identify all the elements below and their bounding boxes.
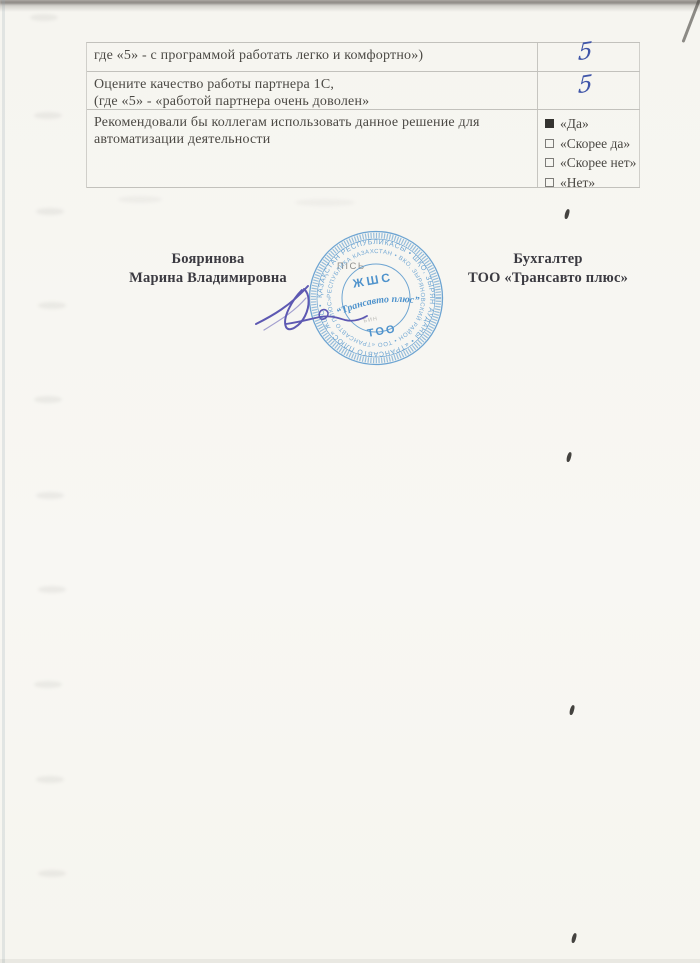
checkbox-options: «Да» «Скорее да» «Скорее нет» «Нет» <box>538 110 639 192</box>
checkbox-icon <box>545 178 554 187</box>
answer-cell: 5 <box>538 43 640 71</box>
checkbox-icon <box>545 119 554 128</box>
scan-speck <box>566 452 572 463</box>
handwritten-score: 5 <box>577 38 593 67</box>
option-label: «Нет» <box>560 173 595 193</box>
option-label: «Скорее нет» <box>560 153 636 173</box>
scan-smudge <box>36 492 64 499</box>
scan-smudge <box>38 586 66 593</box>
question-text-line1: Рекомендовали бы коллегам использовать д… <box>94 114 527 131</box>
scan-edge-bottom <box>0 959 700 963</box>
answer-cell: «Да» «Скорее да» «Скорее нет» «Нет» <box>538 110 640 187</box>
signatory-role-block: Бухгалтер ТОО «Трансавто плюс» <box>452 250 644 288</box>
question-text: где «5» - с программой работать легко и … <box>94 48 423 63</box>
option-no: «Нет» <box>545 173 639 193</box>
question-cell: Оцените качество работы партнера 1С, (гд… <box>87 72 538 109</box>
signatory-company: ТОО «Трансавто плюс» <box>452 269 644 288</box>
scan-speck <box>564 209 570 220</box>
table-row-recommend: Рекомендовали бы коллегам использовать д… <box>87 110 640 188</box>
scan-speck <box>571 933 577 944</box>
scan-edge-left <box>2 0 5 963</box>
scan-smudge <box>295 199 355 206</box>
question-text-line2: (где «5» - «работой партнера очень довол… <box>94 93 527 110</box>
scan-smudge <box>36 208 64 215</box>
signatory-role: Бухгалтер <box>452 250 644 269</box>
table-row-program-comfort: где «5» - с программой работать легко и … <box>87 43 640 72</box>
checkbox-icon <box>545 158 554 167</box>
signatory-surname: Бояринова <box>118 250 298 269</box>
question-text-line2: автоматизации деятельности <box>94 131 527 148</box>
handwritten-signature <box>250 272 374 338</box>
scan-edge-top-line <box>0 1 700 4</box>
scan-smudge <box>30 14 58 21</box>
checkbox-icon <box>545 139 554 148</box>
scanned-document-page: где «5» - с программой работать легко и … <box>0 0 700 963</box>
survey-table: где «5» - с программой работать легко и … <box>86 42 640 188</box>
scan-smudge <box>34 396 62 403</box>
question-cell: Рекомендовали бы коллегам использовать д… <box>87 110 538 187</box>
scan-smudge <box>38 302 66 309</box>
question-text-line1: Оцените качество работы партнера 1С, <box>94 76 527 93</box>
handwritten-score: 5 <box>577 71 593 100</box>
option-label: «Скорее да» <box>560 134 630 154</box>
scan-smudge <box>36 776 64 783</box>
question-cell: где «5» - с программой работать легко и … <box>87 43 538 71</box>
scan-smudge <box>118 196 162 203</box>
scan-smudge <box>34 112 62 119</box>
option-yes: «Да» <box>545 114 639 134</box>
scan-smudge <box>34 681 62 688</box>
table-row-partner-quality: Оцените качество работы партнера 1С, (гд… <box>87 72 640 110</box>
answer-cell: 5 <box>538 72 640 109</box>
option-rather-no: «Скорее нет» <box>545 153 639 173</box>
option-label: «Да» <box>560 114 589 134</box>
option-rather-yes: «Скорее да» <box>545 134 639 154</box>
scan-speck <box>569 705 575 716</box>
scan-smudge <box>38 870 66 877</box>
